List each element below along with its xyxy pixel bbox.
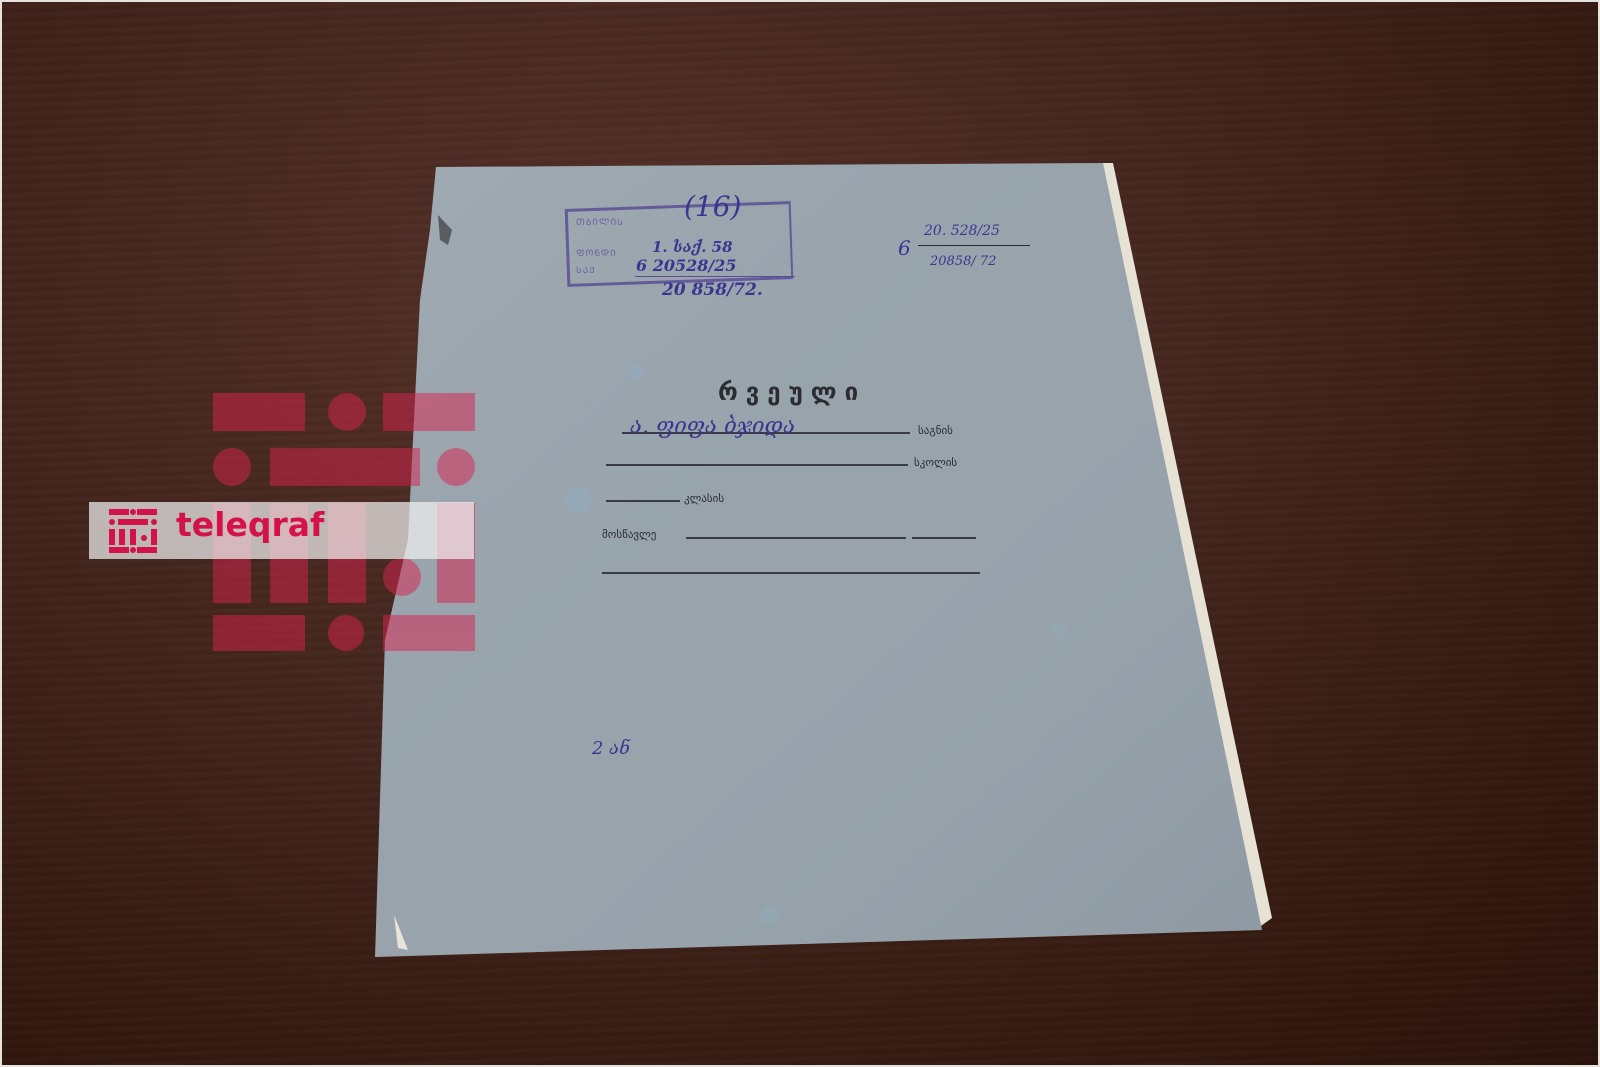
field-label-school: სკოლის: [914, 456, 957, 469]
stamp-line-2: 6 20528/25: [636, 256, 736, 275]
stamp-line-3: 20 858/72.: [662, 280, 763, 300]
field-label-class: კლასის: [684, 492, 724, 505]
note-fraction-line: [918, 245, 1030, 246]
field-handwriting-subject: ა. ფიფა ბჯიდა: [630, 414, 795, 439]
field-label-subject: საგნის: [918, 424, 953, 437]
teleqraf-logo-icon: [109, 509, 157, 553]
stamp-text-3: ᲡᲐᲥ: [576, 263, 596, 276]
note-prefix: 6: [898, 236, 911, 260]
stamp-underline: [635, 276, 795, 277]
watermark-brand-text: teleqraf: [176, 505, 324, 544]
stamp-text-2: ᲤᲝᲜᲓᲘ: [576, 246, 617, 259]
stamp-text-1: ᲗᲑᲘᲚᲘᲡ: [576, 215, 624, 228]
bottom-note: 2 ან: [592, 738, 630, 759]
field-line-class: [606, 500, 680, 502]
field-label-student: მოსწავლე: [602, 528, 656, 541]
stamp-line-1: 1. საქ. 58: [652, 238, 733, 256]
field-line-student-2: [912, 537, 976, 539]
notebook-title: რვეული: [718, 378, 866, 406]
note-numerator: 20. 528/25: [924, 223, 1000, 239]
note-denominator: 20858/ 72: [930, 254, 996, 269]
field-line-school: [606, 464, 908, 466]
field-line-extra: [602, 572, 980, 574]
stamp-number: (16): [684, 190, 741, 223]
field-line-student: [686, 537, 906, 539]
